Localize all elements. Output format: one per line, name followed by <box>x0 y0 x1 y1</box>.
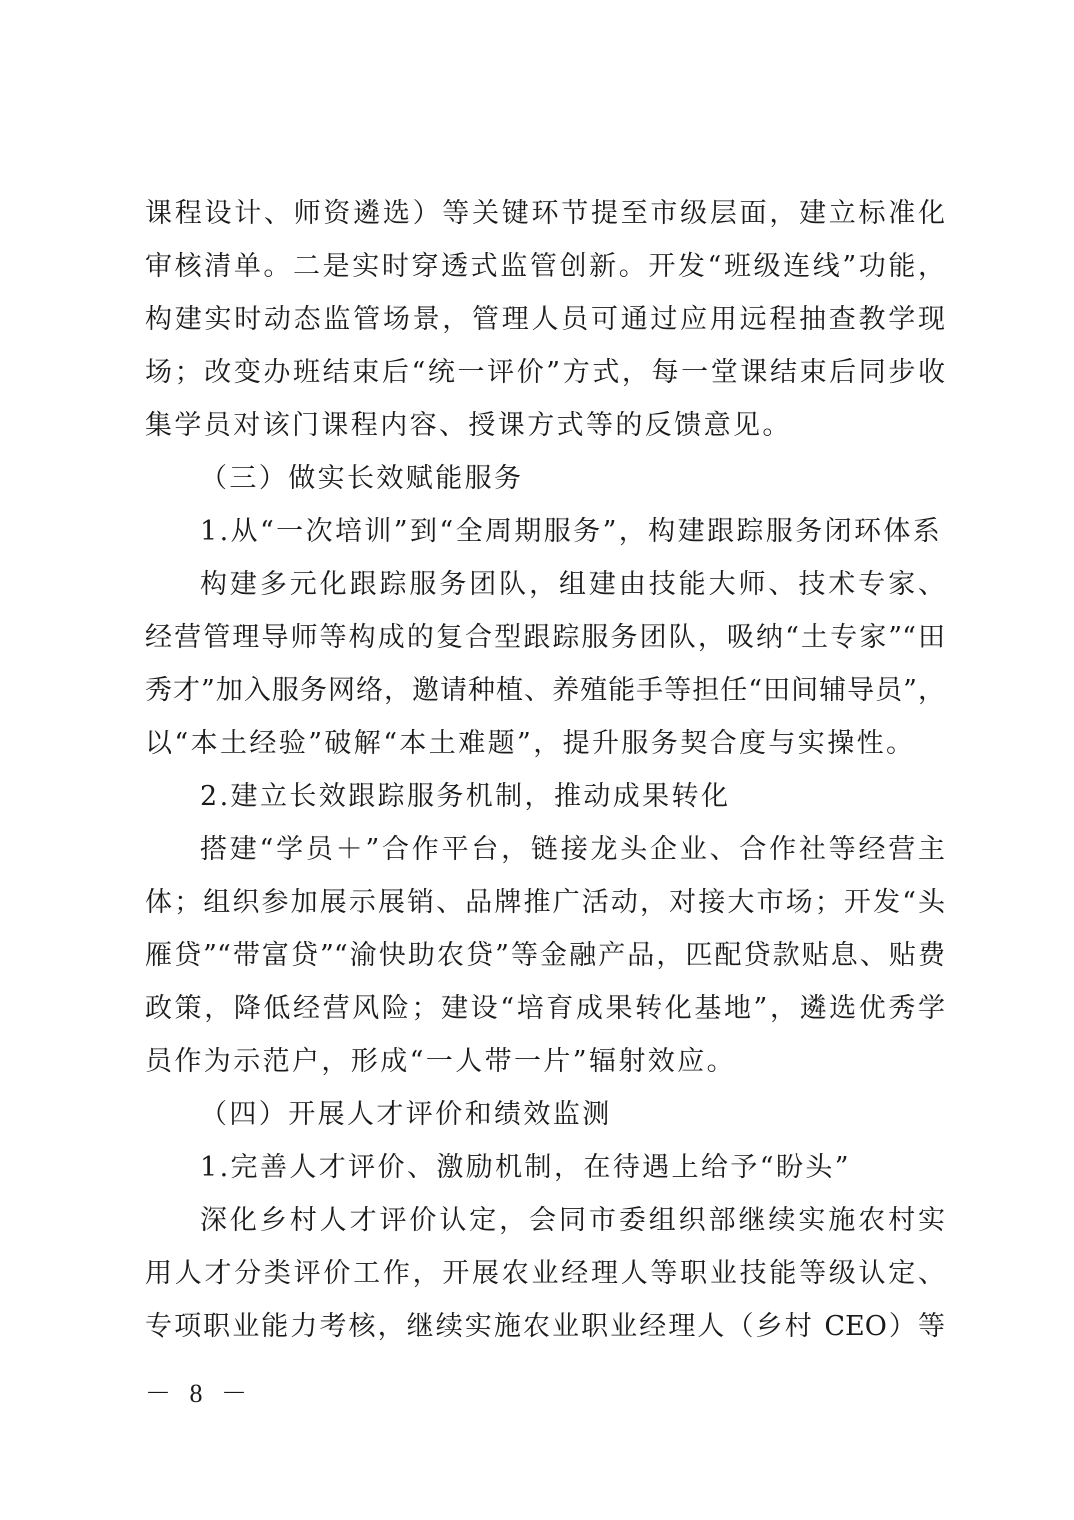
text-line: 场；改变办班结束后“统一评价”方式，每一堂课结束后同步收 <box>145 355 945 391</box>
text-line: 经营管理导师等构成的复合型跟踪服务团队，吸纳“土专家”“田 <box>145 620 945 656</box>
text-line: 员作为示范户，形成“一人带一片”辐射效应。 <box>145 1044 945 1080</box>
document-page: 课程设计、师资遴选）等关键环节提至市级层面，建立标准化审核清单。二是实时穿透式监… <box>0 0 1074 1520</box>
text-line: 集学员对该门课程内容、授课方式等的反馈意见。 <box>145 408 945 444</box>
text-line: 用人才分类评价工作，开展农业经理人等职业技能等级认定、 <box>145 1256 945 1292</box>
text-line: （三）做实长效赋能服务 <box>200 461 945 497</box>
text-line: 2.建立长效跟踪服务机制，推动成果转化 <box>200 779 945 815</box>
text-line: 秀才”加入服务网络，邀请种植、养殖能手等担任“田间辅导员”， <box>145 673 945 709</box>
text-line: 搭建“学员＋”合作平台，链接龙头企业、合作社等经营主 <box>200 832 945 868</box>
text-line: 以“本土经验”破解“本土难题”，提升服务契合度与实操性。 <box>145 726 945 762</box>
text-line: 专项职业能力考核，继续实施农业职业经理人（乡村 CEO）等 <box>145 1309 945 1345</box>
text-line: 课程设计、师资遴选）等关键环节提至市级层面，建立标准化 <box>145 196 945 232</box>
text-line: 构建多元化跟踪服务团队，组建由技能大师、技术专家、 <box>200 567 945 603</box>
text-line: 构建实时动态监管场景，管理人员可通过应用远程抽查教学现 <box>145 302 945 338</box>
text-line: 雁贷”“带富贷”“渝快助农贷”等金融产品，匹配贷款贴息、贴费 <box>145 938 945 974</box>
page-number: － 8 － <box>145 1373 253 1410</box>
text-line: 审核清单。二是实时穿透式监管创新。开发“班级连线”功能， <box>145 249 945 285</box>
text-line: 体；组织参加展示展销、品牌推广活动，对接大市场；开发“头 <box>145 885 945 921</box>
text-line: 1.完善人才评价、激励机制，在待遇上给予“盼头” <box>200 1150 945 1186</box>
text-line: （四）开展人才评价和绩效监测 <box>200 1097 945 1133</box>
text-line: 政策，降低经营风险；建设“培育成果转化基地”，遴选优秀学 <box>145 991 945 1027</box>
text-line: 深化乡村人才评价认定，会同市委组织部继续实施农村实 <box>200 1203 945 1239</box>
text-line: 1.从“一次培训”到“全周期服务”，构建跟踪服务闭环体系 <box>200 514 945 550</box>
